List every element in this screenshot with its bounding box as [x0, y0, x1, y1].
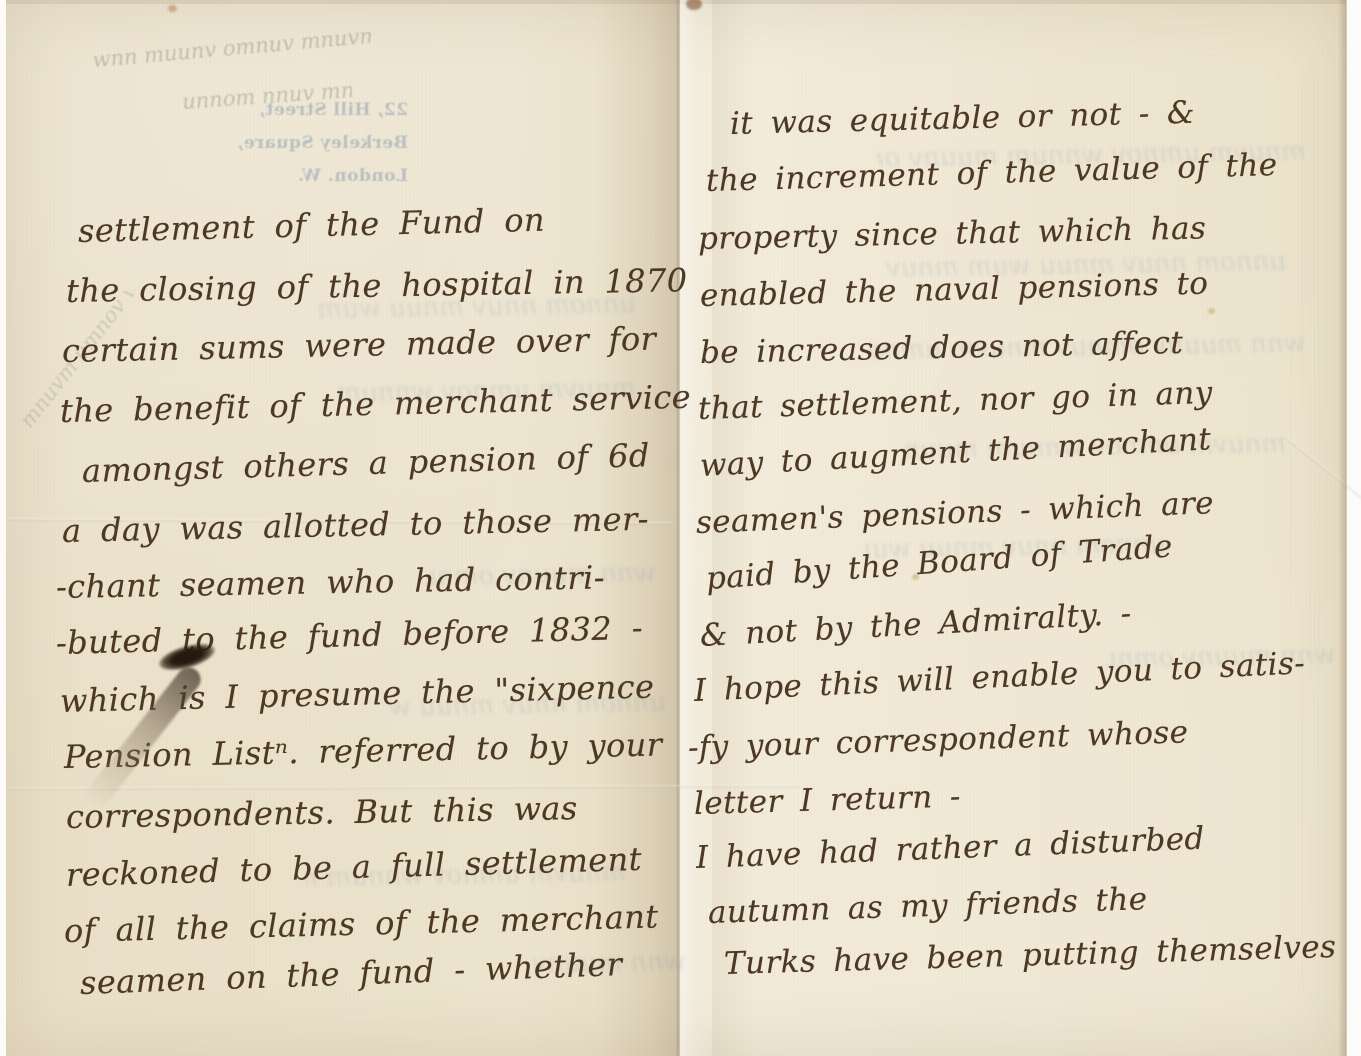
paper-stain [912, 574, 919, 580]
letter-scan: 22, Hill Street, Berkeley Square, London… [0, 0, 1361, 1056]
paper-right-edge [1338, 0, 1347, 1056]
letter-paper: 22, Hill Street, Berkeley Square, London… [6, 0, 1346, 1056]
handwriting-line: letter I return - [693, 779, 961, 822]
letterhead-line: London. W. [204, 160, 408, 193]
paper-stain [168, 5, 177, 12]
paper-stain [1208, 308, 1215, 314]
letterhead-line: Berkeley Square, [204, 127, 408, 160]
